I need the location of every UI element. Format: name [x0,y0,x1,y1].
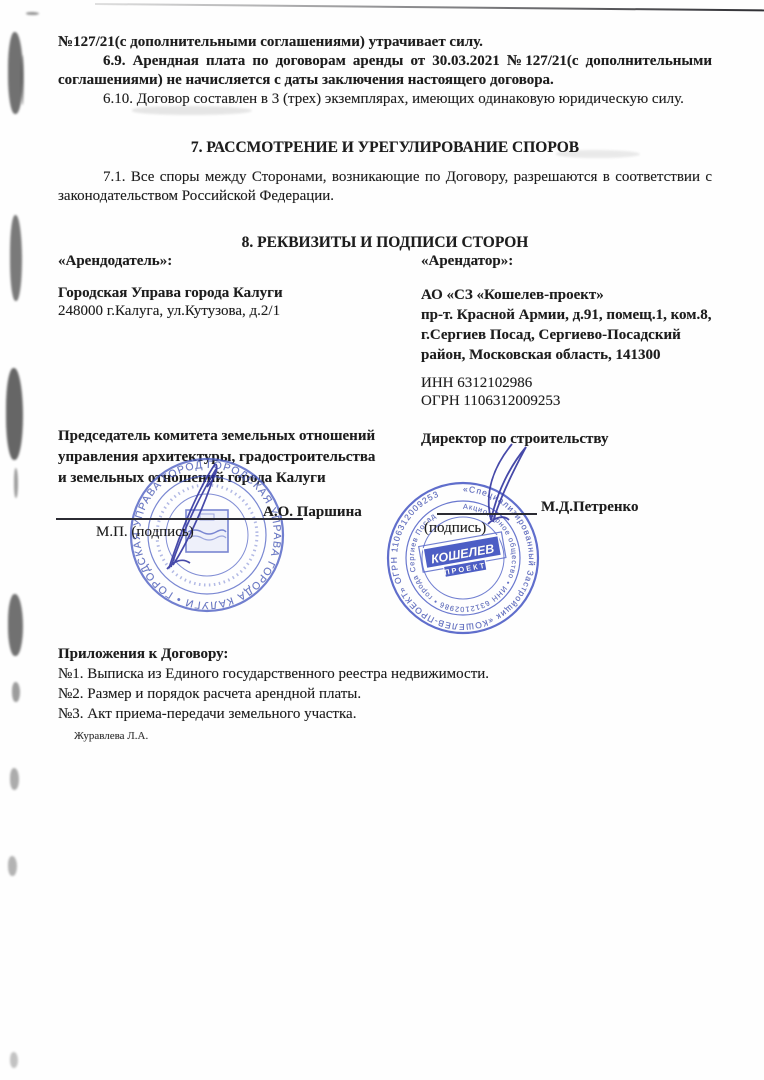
clauses-section-6: №127/21(с дополнительными соглашениями) … [58,33,712,109]
scan-edge-line [95,3,764,12]
scan-artifact [10,215,22,301]
tenant-inn: ИНН 6312102986 [421,374,560,392]
tenant-sign-note: (подпись) [424,519,486,538]
landlord-seal-note: М.П. (подпись) [96,523,194,542]
clause-6-10: 6.10. Договор составлен в 3 (трех) экзем… [58,90,712,109]
attachment-item: №1. Выписка из Единого государственного … [58,664,489,684]
scan-artifact [8,856,17,876]
tenant-requisites: АО «СЗ «Кошелев-проект» пр-т. Красной Ар… [421,285,741,365]
attachments-section: Приложения к Договору: №1. Выписка из Ед… [58,644,489,724]
scan-artifact [21,55,24,105]
tenant-role-label: «Арендатор»: [421,252,513,271]
tenant-name: АО «СЗ «Кошелев-проект» [421,285,741,305]
attachment-item: №2. Размер и порядок расчета арендной пл… [58,684,489,704]
tenant-ids: ИНН 6312102986 ОГРН 1106312009253 [421,374,560,410]
clause-6-9: 6.9. Арендная плата по договорам аренды … [58,52,712,90]
landlord-name: Городская Управа города Калуги [58,284,283,303]
clause-7-1: 7.1. Все споры между Сторонами, возникаю… [58,168,712,206]
scan-artifact [10,1052,18,1068]
tenant-signer-name: М.Д.Петренко [541,498,638,517]
scanned-contract-page: №127/21(с дополнительными соглашениями) … [0,0,764,1080]
scan-artifact [12,682,20,702]
tenant-address-line: пр-т. Красной Армии, д.91, помещ.1, ком.… [421,305,741,325]
section-7-heading: 7. РАССМОТРЕНИЕ И УРЕГУЛИРОВАНИЕ СПОРОВ [58,139,712,157]
landlord-role-label: «Арендодатель»: [58,252,172,271]
tenant-signature-line [437,513,537,515]
landlord-address: 248000 г.Калуга, ул.Кутузова, д.2/1 [58,302,280,321]
scan-artifact [6,368,23,460]
executor-name: Журавлева Л.А. [74,730,148,742]
clause-end-text: №127/21(с дополнительными соглашениями) … [58,33,712,52]
scan-artifact [10,768,19,790]
tenant-signature [488,444,526,524]
scan-artifact [14,468,18,498]
scan-artifact [26,12,39,15]
koshelev-logo-badge: КОШЕЛЕВ ПРОЕКТ [419,532,508,581]
landlord-signer-name: А.О. Паршина [263,503,362,522]
tenant-address-line: г.Сергиев Посад, Сергиево-Посадский [421,325,741,345]
tenant-ogrn: ОГРН 1106312009253 [421,392,560,410]
clause-7-1-wrap: 7.1. Все споры между Сторонами, возникаю… [58,168,712,206]
attachment-item: №3. Акт приема-передачи земельного участ… [58,704,489,724]
koshelev-round-stamp: «Специализированный Застройщик «КОШЕЛЕВ-… [378,438,578,638]
section-8-heading: 8. РЕКВИЗИТЫ И ПОДПИСИ СТОРОН [58,234,712,252]
tenant-address-line: район, Московская область, 141300 [421,345,741,365]
attachments-heading: Приложения к Договору: [58,644,489,664]
scan-artifact [8,32,23,114]
scan-artifact [8,594,23,656]
landlord-signer-title-line: Председатель комитета земельных отношени… [58,426,410,447]
